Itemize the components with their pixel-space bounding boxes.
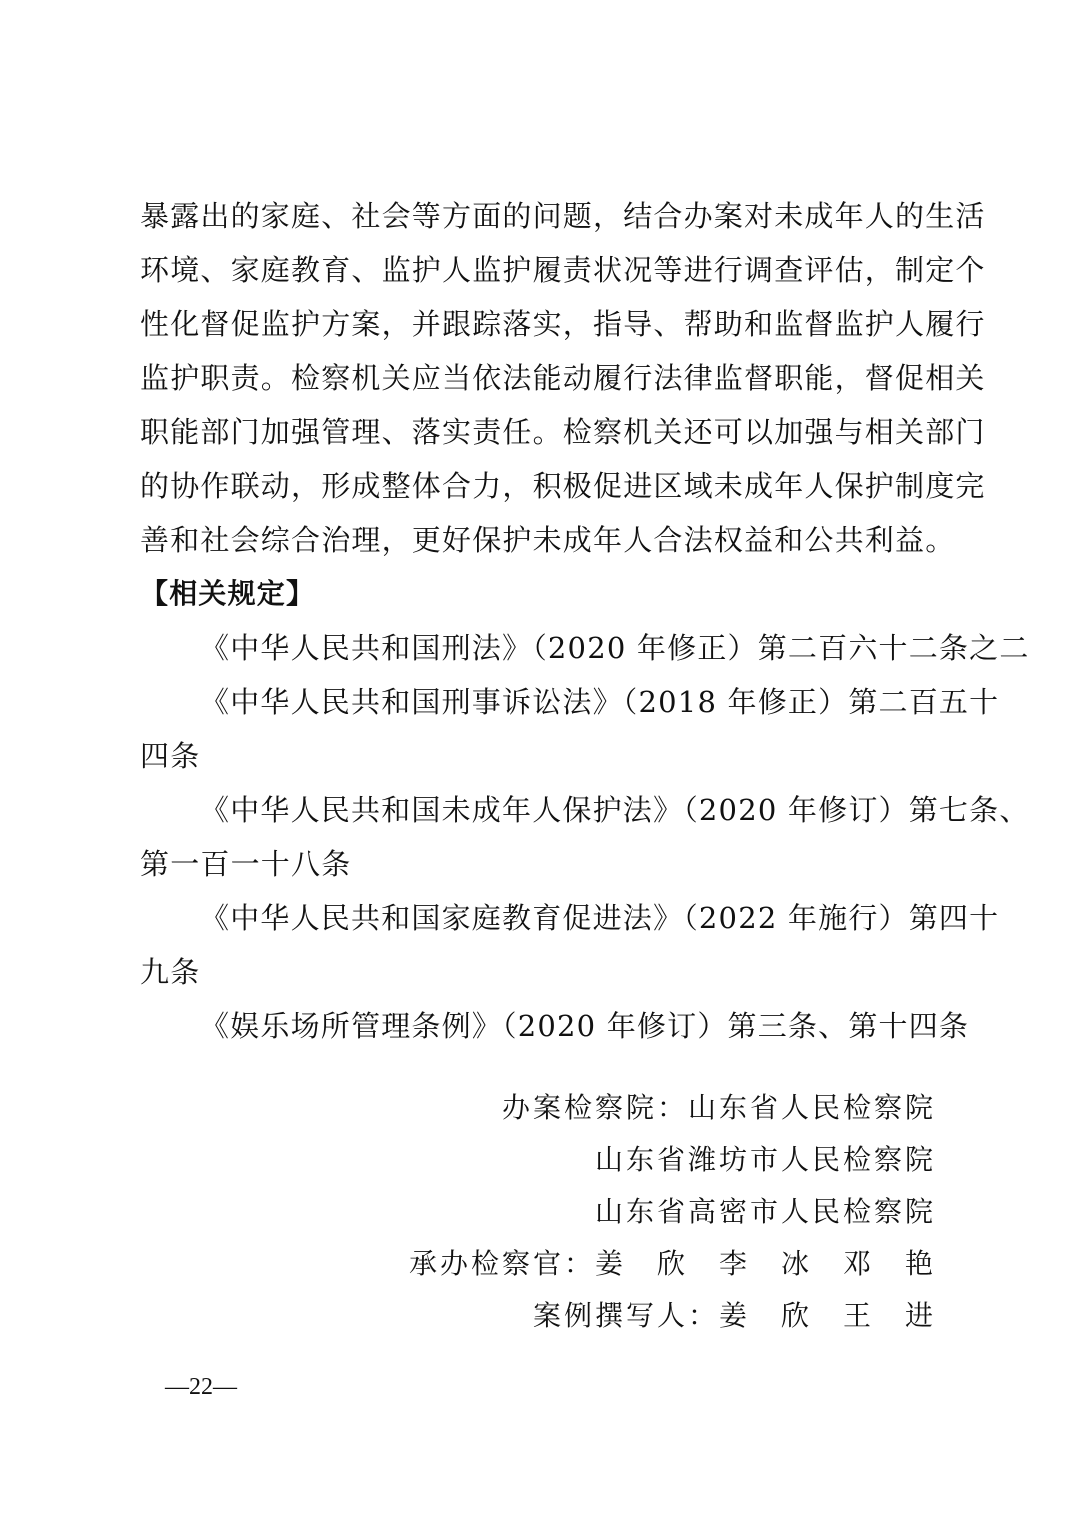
procuratorate-line: 办案检察院：山东省人民检察院 <box>502 1088 936 1128</box>
regulation-item-continued: 第一百一十八条 <box>140 844 940 884</box>
regulation-item: 《中华人民共和国刑法》（2020 年修正）第二百六十二条之二 <box>200 628 1000 668</box>
paragraph-line: 环境、家庭教育、监护人监护履责状况等进行调查评估，制定个 <box>140 250 940 290</box>
paragraph-line: 监护职责。检察机关应当依法能动履行法律监督职能，督促相关 <box>140 358 940 398</box>
regulation-item: 《娱乐场所管理条例》（2020 年修订）第三条、第十四条 <box>200 1006 1000 1046</box>
procuratorate-label: 办案检察院： <box>502 1091 688 1124</box>
regulation-item: 《中华人民共和国家庭教育促进法》（2022 年施行）第四十 <box>200 898 1000 938</box>
procuratorate-name: 山东省潍坊市人民检察院 <box>595 1140 936 1180</box>
regulation-item-continued: 四条 <box>140 736 940 776</box>
writers-line: 案例撰写人：姜 欣 王 进 <box>533 1296 936 1336</box>
paragraph-line: 暴露出的家庭、社会等方面的问题，结合办案对未成年人的生活 <box>140 196 940 236</box>
paragraph-line: 善和社会综合治理，更好保护未成年人合法权益和公共利益。 <box>140 520 940 560</box>
regulation-item: 《中华人民共和国刑事诉讼法》（2018 年修正）第二百五十 <box>200 682 1000 722</box>
prosecutors-line: 承办检察官：姜 欣 李 冰 邓 艳 <box>409 1244 936 1284</box>
procuratorate-name: 山东省人民检察院 <box>688 1091 936 1124</box>
regulation-item-continued: 九条 <box>140 952 940 992</box>
section-heading: 【相关规定】 <box>140 574 940 614</box>
paragraph-line: 性化督促监护方案，并跟踪落实，指导、帮助和监督监护人履行 <box>140 304 940 344</box>
paragraph-line: 的协作联动，形成整体合力，积极促进区域未成年人保护制度完 <box>140 466 940 506</box>
procuratorate-name: 山东省高密市人民检察院 <box>595 1192 936 1232</box>
page-number: —22— <box>165 1372 237 1402</box>
regulation-item: 《中华人民共和国未成年人保护法》（2020 年修订）第七条、 <box>200 790 1000 830</box>
paragraph-line: 职能部门加强管理、落实责任。检察机关还可以加强与相关部门 <box>140 412 940 452</box>
